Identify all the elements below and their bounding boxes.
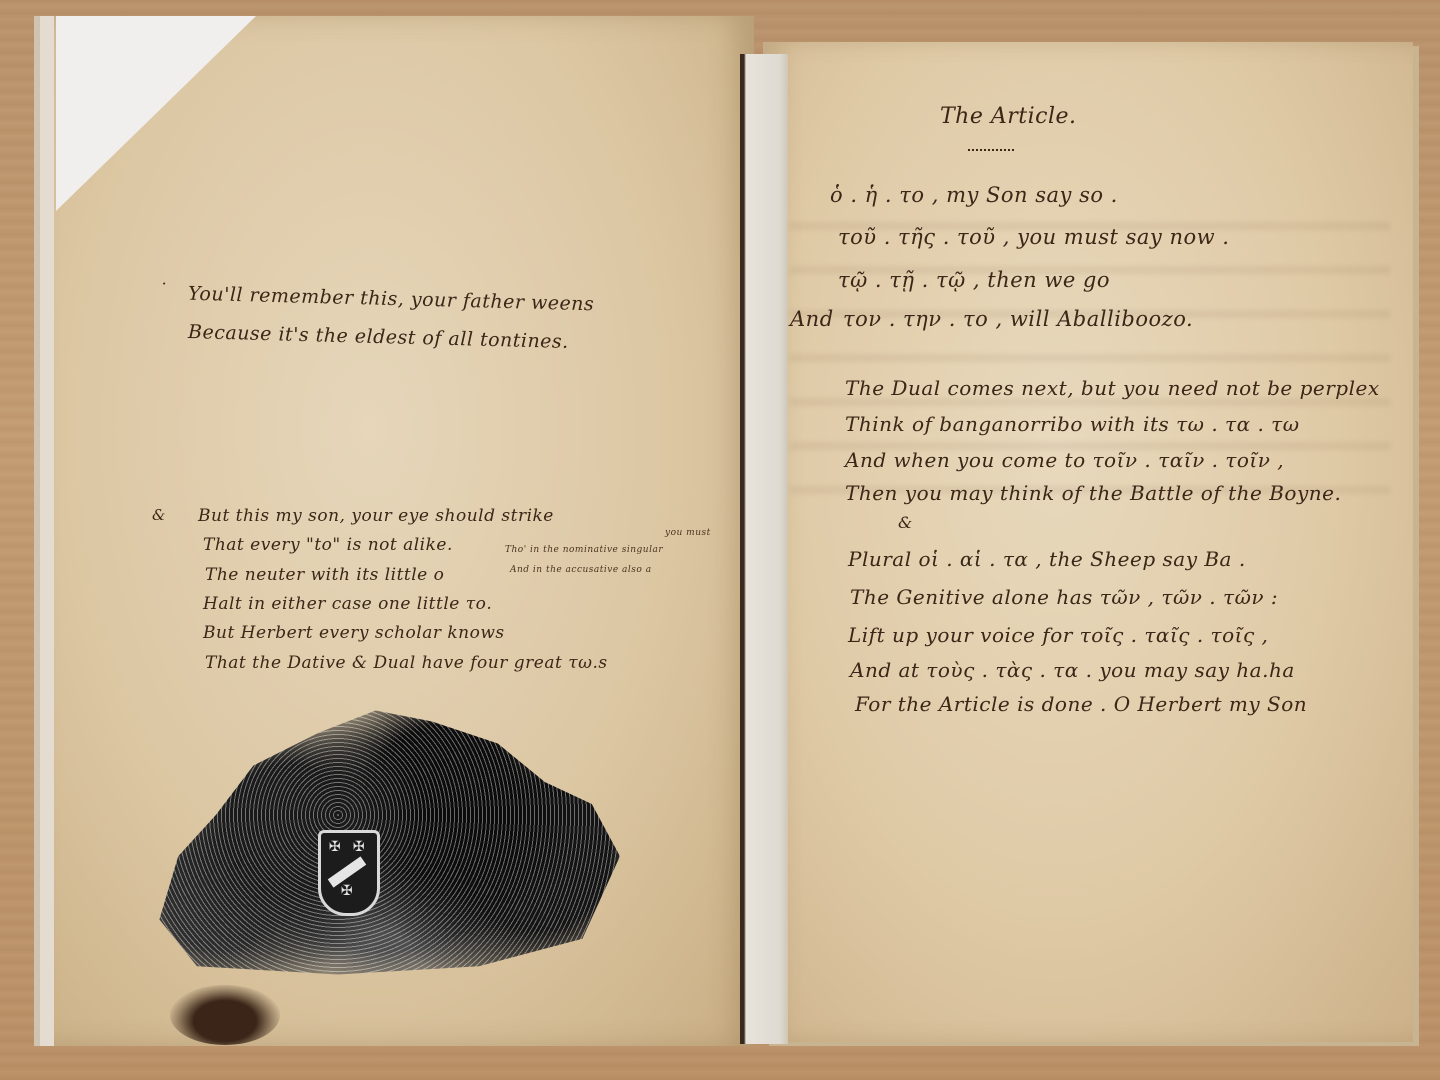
- right-stanza1-line4: τον . την . το , will Aballiboozo.: [843, 307, 1193, 331]
- marginal-note-2: Tho' in the nominative singular: [505, 545, 663, 555]
- right-stanza2-line4: Then you may think of the Battle of the …: [845, 481, 1341, 505]
- right-stanza2-line3: And when you come to τοῖν . ταῖν . τοῖν …: [845, 448, 1284, 472]
- cross-icon: ✠: [341, 883, 353, 899]
- left-stanza2-line6: That the Dative & Dual have four great τ…: [205, 653, 608, 673]
- right-stanza3-line4: And at τοὺς . τὰς . τα . you may say ha.…: [850, 658, 1295, 682]
- marginal-note-3: And in the accusative also a: [510, 565, 652, 575]
- right-stanza2-line2: Think of banganorribo with its τω . τα .…: [845, 412, 1300, 436]
- right-stanza1-line4-prefix: And: [790, 307, 834, 331]
- left-stanza2-line1: But this my son, your eye should strike: [198, 506, 554, 526]
- book-gutter-binding: [740, 54, 788, 1044]
- cross-icon: ✠: [353, 839, 365, 855]
- stanza-marker-ampersand: &: [152, 506, 165, 524]
- page-title: The Article.: [940, 104, 1077, 129]
- right-stanza3-line2: The Genitive alone has τῶν , τῶν . τῶν :: [850, 585, 1278, 609]
- left-stanza2-line4: Halt in either case one little το.: [203, 594, 492, 614]
- coat-of-arms-shield-icon: ✠ ✠ ✠: [318, 830, 380, 916]
- right-stanza3-line3: Lift up your voice for τοῖς . ταῖς . τοῖ…: [848, 623, 1268, 647]
- right-stanza1-line3: τῷ . τῇ . τῷ , then we go: [838, 268, 1110, 292]
- ink-stain: [170, 985, 280, 1045]
- right-stanza3-line1: Plural οἱ . αἱ . τα , the Sheep say Ba .: [848, 547, 1246, 571]
- marginal-note-1: you must: [665, 528, 711, 538]
- title-flourish: [968, 143, 1014, 151]
- stanza-marker: ˙: [158, 280, 167, 301]
- left-stanza2-line5: But Herbert every scholar knows: [203, 623, 505, 643]
- left-stanza2-line2: That every "to" is not alike.: [203, 535, 453, 555]
- left-stanza2-line3: The neuter with its little o: [205, 565, 444, 585]
- right-stanza2-line1: The Dual comes next, but you need not be…: [845, 376, 1380, 400]
- separator-mark: &: [898, 513, 912, 532]
- right-stanza1-line2: τοῦ . τῆς . τοῦ , you must say now .: [838, 225, 1229, 249]
- cross-icon: ✠: [329, 839, 341, 855]
- right-stanza3-line5: For the Article is done . O Herbert my S…: [855, 692, 1307, 716]
- right-stanza1-line1: ὁ . ἡ . το , my Son say so .: [830, 183, 1118, 207]
